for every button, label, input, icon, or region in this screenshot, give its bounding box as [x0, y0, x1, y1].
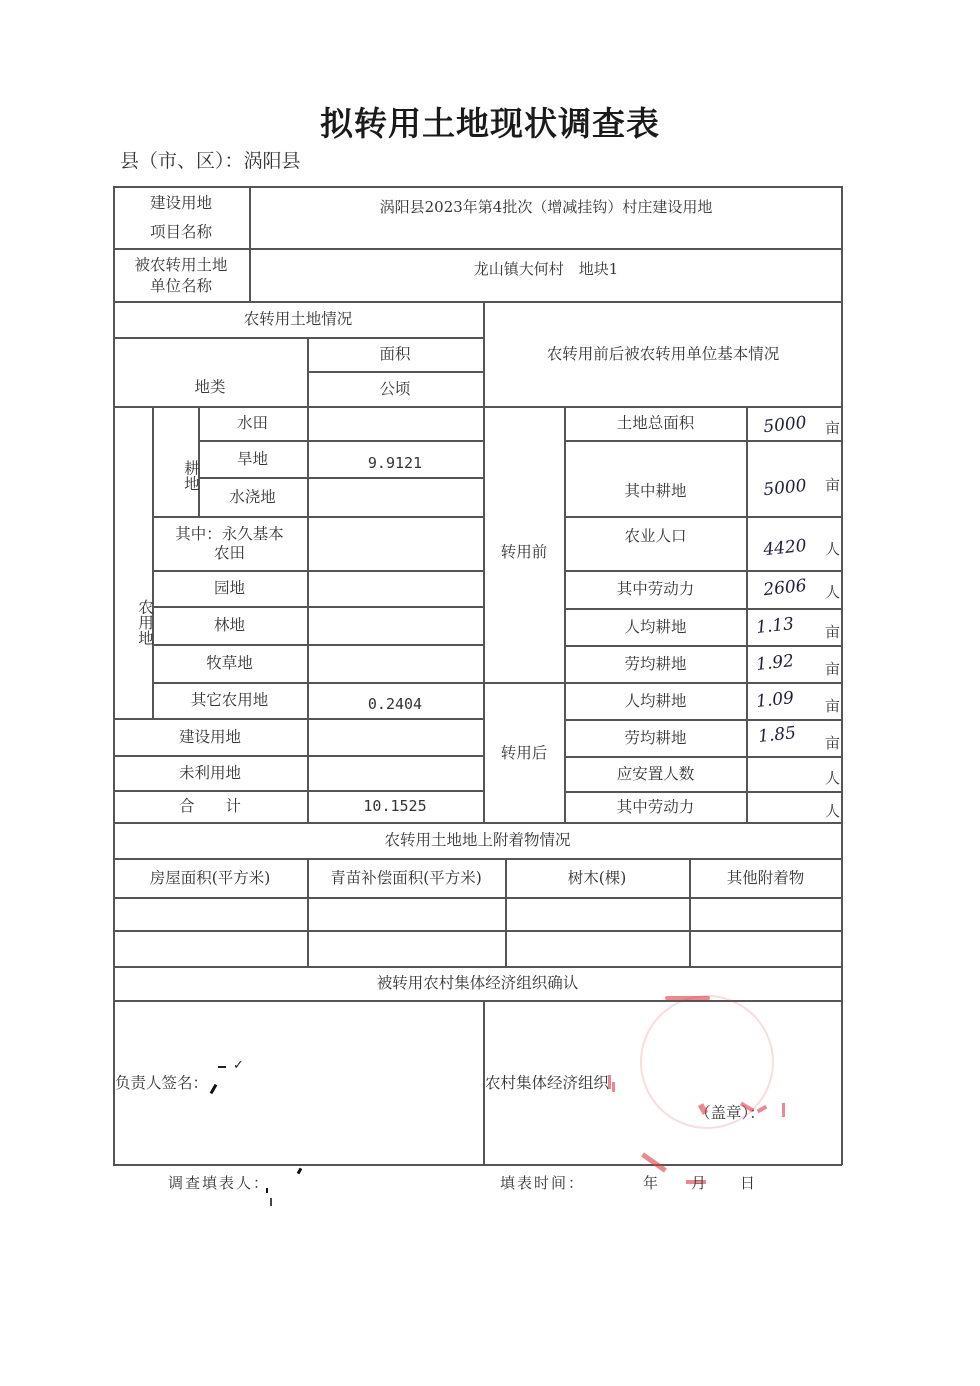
unit-mu: 亩	[825, 621, 840, 642]
after-label-labor: 其中劳动力	[565, 792, 746, 822]
row-value-paddy[interactable]	[307, 407, 483, 440]
label-text: 建设用地	[150, 189, 212, 218]
after-value-per-capita[interactable]: 1.09	[749, 682, 802, 717]
unit-person: 人	[825, 538, 840, 559]
col-header-trees: 树木(棵)	[505, 859, 689, 897]
before-value-per-capita[interactable]: 1.13	[749, 608, 802, 643]
before-label-per-labor: 劳均耕地	[565, 646, 746, 682]
project-name-label: 建设用地 项目名称	[113, 188, 249, 248]
after-value-resettle[interactable]	[749, 755, 822, 792]
unit-name-label: 被农转用土地 单位名称	[113, 250, 249, 301]
before-value-arable[interactable]: 5000	[749, 469, 822, 506]
before-value-per-labor[interactable]: 1.92	[749, 645, 802, 680]
unit-mu: 亩	[825, 695, 840, 716]
cell-crop-area[interactable]	[307, 931, 505, 966]
unit-person: 人	[825, 581, 840, 602]
before-label-labor: 其中劳动力	[565, 571, 746, 608]
unit-mu: 亩	[825, 417, 840, 438]
seal-mark	[782, 1103, 785, 1117]
label-text: 项目名称	[150, 218, 212, 247]
signature-mark	[297, 1168, 303, 1175]
county-line: 县（市、区）：涡阳县	[120, 146, 301, 173]
signature-check-mark: ✓	[233, 1058, 244, 1073]
unit-person: 人	[825, 800, 840, 821]
row-value-irrigated[interactable]	[307, 478, 483, 516]
date-year: 年	[643, 1172, 660, 1193]
unit-mu: 亩	[825, 474, 840, 495]
row-label-dry-land: 旱地	[198, 441, 307, 477]
row-value-basic-farmland[interactable]	[307, 517, 483, 570]
row-value-unused[interactable]	[307, 756, 483, 790]
before-label-total-area: 土地总面积	[565, 407, 746, 440]
before-value-total-area[interactable]: 5000	[749, 406, 822, 443]
before-label-agri-pop: 农业人口	[565, 517, 746, 570]
cell-trees[interactable]	[505, 931, 689, 966]
row-label-total: 合 计	[113, 791, 307, 822]
after-value-labor[interactable]	[749, 788, 822, 825]
category-label: 地类	[113, 338, 307, 406]
row-value-forest[interactable]	[307, 607, 483, 644]
county-value: 涡阳县	[244, 150, 301, 172]
before-value-agri-pop[interactable]: 4420	[749, 529, 822, 566]
agri-land-label: 农用地	[113, 407, 152, 718]
divider	[746, 406, 748, 822]
seal-mark	[608, 1075, 611, 1089]
after-label-per-capita: 人均耕地	[565, 683, 746, 719]
cell-house-area[interactable]	[113, 931, 307, 966]
after-label-resettle: 应安置人数	[565, 757, 746, 791]
row-label-pasture: 牧草地	[152, 645, 307, 682]
date-day: 日	[740, 1172, 757, 1193]
before-label-arable: 其中耕地	[565, 441, 746, 516]
row-value-other-agri[interactable]: 0.2404	[307, 687, 483, 722]
signer-signature-field[interactable]: ✓	[208, 1058, 308, 1098]
row-label-paddy: 水田	[198, 407, 307, 440]
col-header-other: 其他附着物	[689, 859, 842, 897]
unit-mu: 亩	[825, 732, 840, 753]
unit-section-header: 农转用前后被农转用单位基本情况	[484, 302, 842, 406]
label-text: 单位名称	[150, 276, 212, 296]
seal-mark	[665, 996, 710, 1000]
seal-mark	[612, 1082, 615, 1092]
cell-other[interactable]	[689, 931, 842, 966]
unit-name-value[interactable]: 龙山镇大何村 地块1	[250, 250, 842, 288]
row-label-forest: 林地	[152, 607, 307, 644]
row-label-garden: 园地	[152, 571, 307, 606]
area-unit: 公顷	[307, 372, 483, 406]
row-value-total[interactable]: 10.1525	[307, 791, 483, 822]
row-label-irrigated: 水浇地	[198, 478, 307, 516]
before-label-per-capita: 人均耕地	[565, 609, 746, 645]
unit-person: 人	[825, 767, 840, 788]
confirmation-header: 被转用农村集体经济组织确认	[113, 967, 842, 1000]
after-label: 转用后	[484, 683, 564, 822]
project-name-value[interactable]: 涡阳县2023年第4批次（增减挂钩）村庄建设用地	[250, 188, 842, 226]
org-label: 农村集体经济组织	[485, 1071, 609, 1093]
signature-mark	[218, 1066, 226, 1068]
cell-other[interactable]	[689, 898, 842, 930]
row-label-other-agri: 其它农用地	[152, 683, 307, 718]
surveyor-signature-field[interactable]	[262, 1168, 322, 1208]
table-border-bottom	[113, 1164, 842, 1166]
col-header-crop-area: 青苗补偿面积(平方米)	[307, 859, 505, 897]
label-text: 被农转用土地	[134, 255, 227, 275]
land-section-header: 农转用土地情况	[113, 302, 483, 337]
cell-trees[interactable]	[505, 898, 689, 930]
seal-mark	[641, 1152, 667, 1172]
county-label: 县（市、区）：	[120, 150, 244, 172]
label-text: 其中：永久基本	[175, 525, 284, 544]
after-label-per-labor: 劳均耕地	[565, 720, 746, 756]
cell-crop-area[interactable]	[307, 898, 505, 930]
arable-land-label: 耕地	[152, 407, 198, 516]
label-text: 农田	[214, 544, 245, 563]
row-label-unused: 未利用地	[113, 756, 307, 790]
row-value-pasture[interactable]	[307, 645, 483, 682]
attachments-header: 农转用土地地上附着物情况	[113, 823, 842, 858]
row-label-basic-farmland: 其中：永久基本 农田	[152, 517, 307, 570]
surveyor-label: 调查填表人：	[168, 1172, 270, 1193]
page-title: 拟转用土地现状调查表	[0, 98, 980, 145]
signature-mark	[210, 1084, 218, 1094]
signer-label: 负责人签名：	[115, 1071, 208, 1093]
before-label: 转用前	[484, 407, 564, 682]
signature-mark	[270, 1198, 272, 1206]
col-header-house-area: 房屋面积(平方米)	[113, 859, 307, 897]
date-label: 填表时间：	[500, 1172, 585, 1193]
date-month: 月	[691, 1172, 708, 1193]
row-label-construction: 建设用地	[113, 719, 307, 755]
row-value-construction[interactable]	[307, 719, 483, 755]
area-label: 面积	[307, 338, 483, 371]
before-value-labor[interactable]: 2606	[749, 569, 822, 606]
after-value-per-labor[interactable]: 1.85	[751, 717, 804, 752]
row-value-garden[interactable]	[307, 571, 483, 606]
cell-house-area[interactable]	[113, 898, 307, 930]
signature-mark	[266, 1188, 268, 1193]
row-value-dry-land[interactable]: 9.9121	[307, 445, 483, 481]
unit-mu: 亩	[825, 658, 840, 679]
